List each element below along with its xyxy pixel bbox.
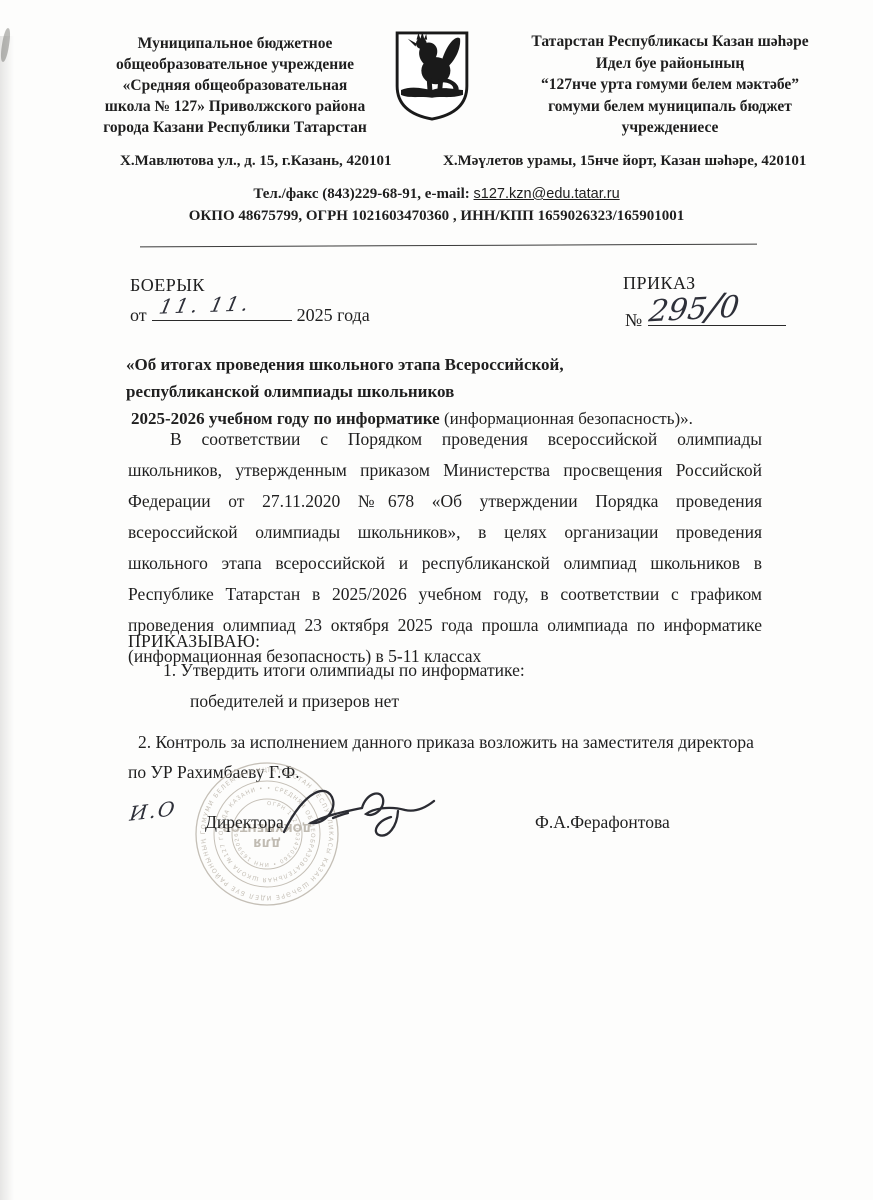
letterhead-tatar-line: учреждениесе [484,117,856,139]
kazan-zilant-coat-of-arms-icon [393,30,471,127]
address-tatar: Х.Мәүлетов урамы, 15нче йорт, Казан шәһә… [443,153,863,170]
signer-position: Директора [205,812,284,833]
resolution-item-1-sub: победителей и призеров нет [190,691,399,712]
requisites-line: ОКПО 48675799, ОГРН 1021603470360 , ИНН/… [60,208,813,225]
resolution-item-1: 1. Утвердить итоги олимпиады по информат… [163,660,525,681]
order-number-line: №295/0 [625,300,786,331]
letterhead-tatar: Татарстан Республикасы Казан шәһәре Идел… [484,31,856,139]
letterhead-tatar-line: Татарстан Республикасы Казан шәһәре [484,31,856,53]
scan-edge-shadow [0,36,14,1200]
letterhead-tatar-line: гомуми белем муниципаль бюджет [484,96,856,118]
signer-name: Ф.А.Ферафонтова [535,812,670,833]
date-year: 2025 года [297,305,370,325]
handwritten-date: 11. 11. [157,291,254,318]
email-link[interactable]: s127.kzn@edu.tatar.ru [474,186,620,202]
order-title: «Об итогах проведения школьного этапа Вс… [126,351,774,432]
handwritten-number: 295/0 [647,282,742,331]
handwritten-number-main: 295 [647,291,709,329]
resolution-heading: ПРИКАЗЫВАЮ: [128,631,260,652]
director-signature [278,778,443,855]
letterhead-russian-line: школа № 127» Приволжского района [72,96,398,117]
number-sign: № [625,310,642,330]
letterhead-russian: Муниципальное бюджетное общеобразователь… [72,33,398,138]
letterhead-russian-line: Муниципальное бюджетное [72,33,398,54]
order-date-line: от11. 11.2025 года [130,299,370,326]
letterhead-russian-line: общеобразовательное учреждение [72,54,398,75]
letterhead-divider [140,244,757,248]
order-title-line2: республиканской олимпиады школьников [126,378,774,405]
letterhead-tatar-line: “127нче урта гомуми белем мәктәбе” [484,74,856,96]
order-title-line1: «Об итогах проведения школьного этапа Вс… [126,351,774,378]
date-prefix: от [130,305,147,325]
phone-fax: Тел./факс (843)229-68-91, e-mail: [253,186,473,202]
stamp-center-line1: ДЛЯ [253,836,280,849]
letterhead-tatar-line: Идел буе районының [484,53,856,75]
date-blank-underline: 11. 11. [152,299,292,321]
number-blank-underline: 295/0 [648,300,786,326]
contact-line: Тел./факс (843)229-68-91, e-mail: s127.k… [60,186,813,203]
address-russian: Х.Мавлютова ул., д. 15, г.Казань, 420101 [120,153,440,170]
letterhead-russian-line: «Средняя общеобразовательная [72,75,398,96]
handwritten-acting-io: И.О [129,796,178,825]
letterhead-russian-line: города Казани Республики Татарстан [72,117,398,138]
